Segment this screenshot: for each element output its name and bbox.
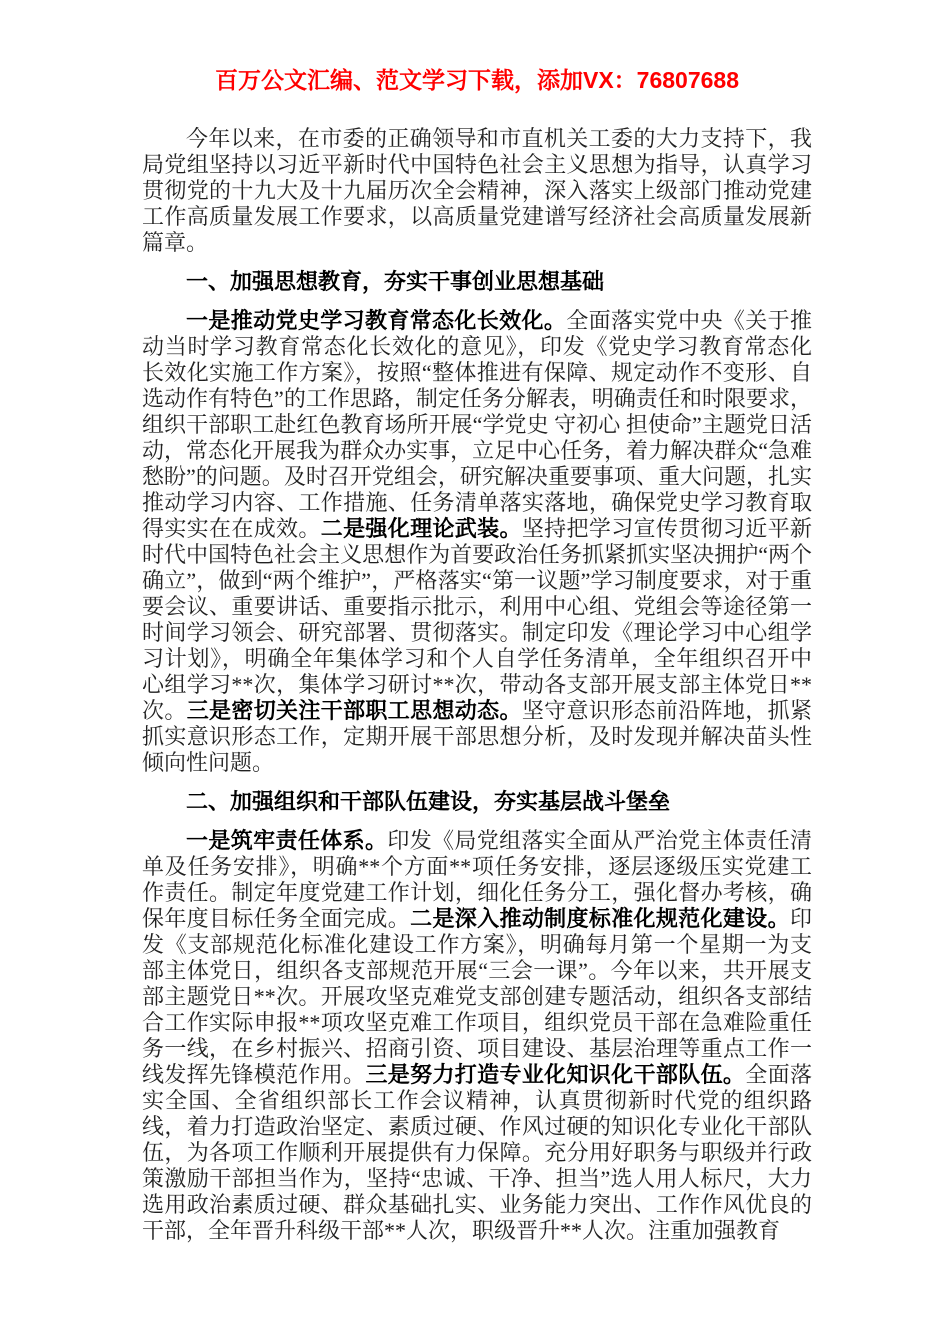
document-page: 百万公文汇编、范文学习下载，添加VX：76807688 今年以来，在市委的正确领… xyxy=(0,0,950,1344)
section2-point1-lead: 一是筑牢责任体系。 xyxy=(186,828,387,853)
intro-paragraph: 今年以来，在市委的正确领导和市直机关工委的大力支持下，我局党组坚持以习近平新时代… xyxy=(142,126,812,256)
section1-point2-lead: 二是强化理论武装。 xyxy=(321,516,522,541)
section1-point1-lead: 一是推动党史学习教育常态化长效化。 xyxy=(186,308,566,333)
section2-point3-lead: 三是努力打造专业化知识化干部队伍。 xyxy=(365,1062,745,1087)
section2-point2-lead: 二是深入推动制度标准化规范化建设。 xyxy=(410,906,790,931)
section2-paragraph: 一是筑牢责任体系。印发《局党组落实全面从严治党主体责任清单及任务安排》，明确**… xyxy=(142,828,812,1244)
section2-heading: 二、加强组织和干部队伍建设，夯实基层战斗堡垒 xyxy=(142,789,812,815)
section2-point3-text: 全面落实全国、全省组织部长工作会议精神，认真贯彻新时代党的组织路线，着力打造政治… xyxy=(142,1062,812,1243)
section1-paragraph: 一是推动党史学习教育常态化长效化。全面落实党中央《关于推动当时学习教育常态化长效… xyxy=(142,308,812,776)
section1-heading: 一、加强思想教育，夯实干事创业思想基础 xyxy=(142,269,812,295)
header-ad-notice: 百万公文汇编、范文学习下载，添加VX：76807688 xyxy=(142,66,812,94)
section1-point3-lead: 三是密切关注干部职工思想动态。 xyxy=(187,698,522,723)
section1-point1-text: 全面落实党中央《关于推动当时学习教育常态化长效化的意见》，印发《党史学习教育常态… xyxy=(142,308,812,541)
section2-point2-text: 印发《支部规范化标准化建设工作方案》，明确每月第一个星期一为支部主体党日，组织各… xyxy=(142,906,812,1087)
document-body: 今年以来，在市委的正确领导和市直机关工委的大力支持下，我局党组坚持以习近平新时代… xyxy=(142,126,812,1244)
section1-point2-text: 坚持把学习宣传贯彻习近平新时代中国特色社会主义思想作为首要政治任务抓紧抓实坚决拥… xyxy=(142,516,812,723)
